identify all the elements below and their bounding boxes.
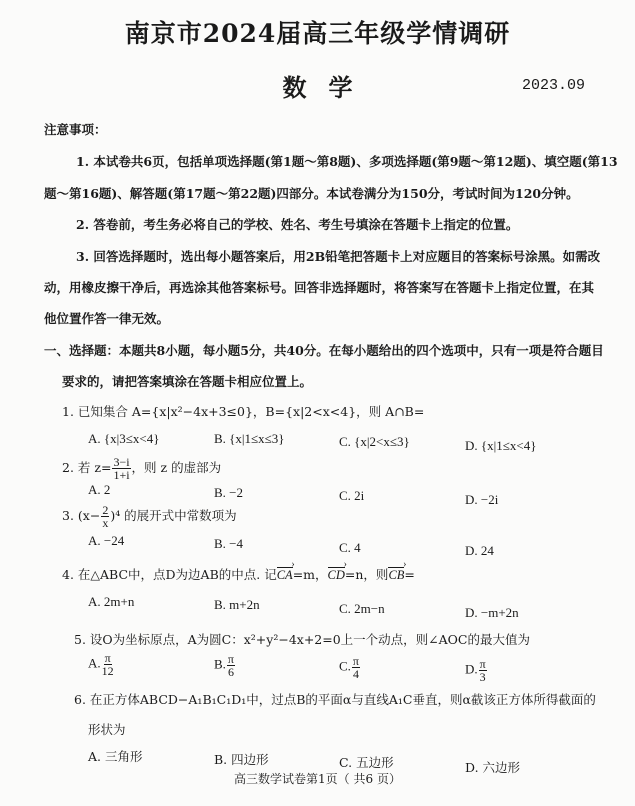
question-3-stem: 3. (x−2x)⁴ 的展开式中常数项为 [62,504,237,529]
q1-option-c: C. {x|2<x≤3} [339,434,410,450]
exam-date: 2023.09 [522,77,585,94]
q4-option-b: B. m+2n [214,597,260,613]
q2-option-b: B. −2 [214,485,243,501]
page-footer: 高三数学试卷第1页（ 共6 页） [0,770,635,787]
q4-option-a: A. 2m+n [88,594,134,610]
q3-option-c: C. 4 [339,540,361,556]
exam-title: 南京市2024届高三年级学情调研 [0,14,635,50]
q1-option-b: B. {x|1≤x≤3} [214,431,285,447]
notice-item-3a: 3. 回答选择题时，选出每小题答案后，用2B铅笔把答题卡上对应题目的答案标号涂黑… [76,247,600,265]
q5-option-c: C.π4 [339,655,361,680]
q4-option-c: C. 2m−n [339,601,385,617]
notice-item-1b: 题～第16题)、解答题(第17题～第22题)四部分。本试卷满分为150分，考试时… [44,184,579,202]
q6-option-a: A. 三角形 [88,747,142,765]
question-4-stem: 4. 在△ABC中，点D为边AB的中点. 记CA=m，CD=n，则CB= [62,565,415,583]
notice-heading: 注意事项： [44,120,107,138]
question-5-stem: 5. 设O为坐标原点，A为圆C：x²+y²−4x+2=0上一个动点，则∠AOC的… [74,630,530,648]
section-heading-line2: 要求的，请把答案填涂在答题卡相应位置上。 [62,372,312,390]
section-heading-line1: 一、选择题：本题共8小题，每小题5分，共40分。在每小题给出的四个选项中，只有一… [44,341,604,359]
q2-option-a: A. 2 [88,482,110,498]
notice-item-2: 2. 答卷前，考生务必将自己的学校、姓名、考生号填涂在答题卡上指定的位置。 [76,215,518,233]
q1-option-d: D. {x|1≤x<4} [465,438,536,454]
q4-option-d: D. −m+2n [465,605,519,621]
q2-option-d: D. −2i [465,492,498,508]
fraction: 2x [101,504,109,529]
q5-option-b: B.π6 [214,653,236,678]
q5-option-d: D.π3 [465,658,488,683]
question-6-stem-line1: 6. 在正方体ABCD−A₁B₁C₁D₁中，过点B的平面α与直线A₁C垂直，则α… [74,690,596,708]
question-2-stem: 2. 若 z=3−i1+i，则 z 的虚部为 [62,456,221,481]
notice-item-1a: 1. 本试卷共6页，包括单项选择题(第1题～第8题)、多项选择题(第9题～第12… [76,152,618,170]
notice-item-3c: 他位置作答一律无效。 [44,309,169,327]
fraction: 3−i1+i [112,456,130,481]
q5-option-a: A.π12 [88,652,115,677]
q3-option-d: D. 24 [465,543,494,559]
question-6-stem-line2: 形状为 [88,720,126,738]
q6-option-c: C. 五边形 [339,753,394,771]
question-1-stem: 1. 已知集合 A={x|x²−4x+3≤0}，B={x|2<x<4}，则 A∩… [62,402,424,420]
q2-option-c: C. 2i [339,488,364,504]
notice-item-3b: 动，用橡皮擦干净后，再选涂其他答案标号。回答非选择题时，将答案写在答题卡上指定位… [44,278,594,296]
q3-option-b: B. −4 [214,536,243,552]
q3-option-a: A. −24 [88,533,124,549]
q6-option-b: B. 四边形 [214,750,269,768]
q1-option-a: A. {x|3≤x<4} [88,431,159,447]
